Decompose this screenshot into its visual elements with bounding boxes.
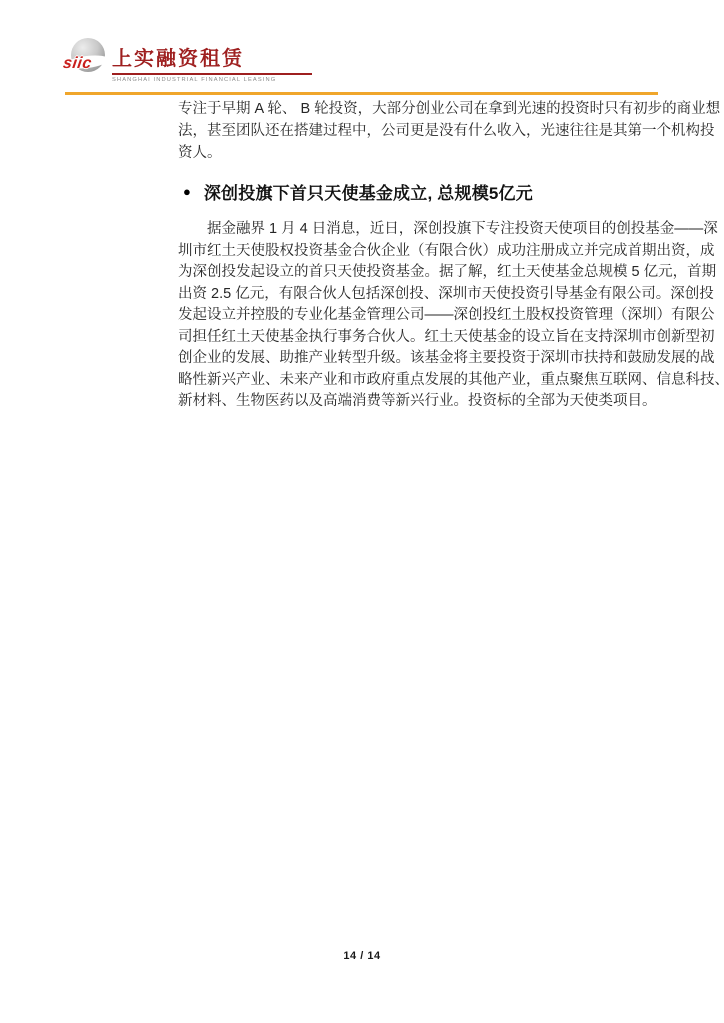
header-divider-rule [65, 92, 658, 95]
body-paragraph: 据金融界 1 月 4 日消息，近日，深创投旗下专注投资天使项目的创投基金——深圳… [178, 219, 672, 413]
brand-block: 上实融资租赁 SHANGHAI INDUSTRIAL FINANCIAL LEA… [112, 36, 312, 84]
brand-name-english: SHANGHAI INDUSTRIAL FINANCIAL LEASING [112, 77, 276, 83]
text-line: 新材料、生物医药以及高端消费等新兴行业。投资标的全部为天使类项目。 [178, 391, 672, 413]
text-line: 据金融界 1 月 4 日消息，近日，深创投旗下专注投资天使项目的创投基金——深 [178, 219, 672, 241]
brand-name-chinese: 上实融资租赁 [112, 42, 312, 75]
intro-paragraph: 专注于早期 A 轮、 B 轮投资，大部分创业公司在拿到光速的投资时只有初步的商业… [178, 98, 672, 164]
section-heading: ● 深创投旗下首只天使基金成立, 总规模5亿元 [178, 180, 672, 202]
document-content: 专注于早期 A 轮、 B 轮投资，大部分创业公司在拿到光速的投资时只有初步的商业… [178, 98, 672, 413]
text-line: 资人。 [178, 142, 672, 164]
siic-logo-text: siic [62, 55, 93, 73]
company-logo: siic 上实融资租赁 SHANGHAI INDUSTRIAL FINANCIA… [63, 36, 312, 84]
text-line: 专注于早期 A 轮、 B 轮投资，大部分创业公司在拿到光速的投资时只有初步的商业… [178, 98, 672, 120]
text-line: 略性新兴产业、未来产业和市政府重点发展的其他产业，重点聚焦互联网、信息科技、 [178, 370, 672, 392]
text-line: 出资 2.5 亿元，有限合伙人包括深创投、深圳市天使投资引导基金有限公司。深创投 [178, 284, 672, 306]
document-page: siic 上实融资租赁 SHANGHAI INDUSTRIAL FINANCIA… [0, 0, 724, 1023]
page-number: 14 / 14 [343, 950, 380, 962]
bullet-icon: ● [183, 185, 191, 198]
section-title: 深创投旗下首只天使基金成立, 总规模5亿元 [204, 179, 533, 204]
text-line: 圳市红土天使股权投资基金合伙企业（有限合伙）成功注册成立并完成首期出资，成 [178, 241, 672, 263]
text-line: 创企业的发展、助推产业转型升级。该基金将主要投资于深圳市扶持和鼓励发展的战 [178, 348, 672, 370]
text-line: 发起设立并控股的专业化基金管理公司——深创投红土股权投资管理（深圳）有限公 [178, 305, 672, 327]
globe-icon: siic [63, 36, 107, 78]
page-footer: 14 / 14 [0, 946, 724, 964]
text-line: 法，甚至团队还在搭建过程中，公司更是没有什么收入，光速往往是其第一个机构投 [178, 120, 672, 142]
text-line: 为深创投发起设立的首只天使投资基金。据了解，红土天使基金总规模 5 亿元，首期 [178, 262, 672, 284]
text-line: 司担任红土天使基金执行事务合伙人。红土天使基金的设立旨在支持深圳市创新型初 [178, 327, 672, 349]
